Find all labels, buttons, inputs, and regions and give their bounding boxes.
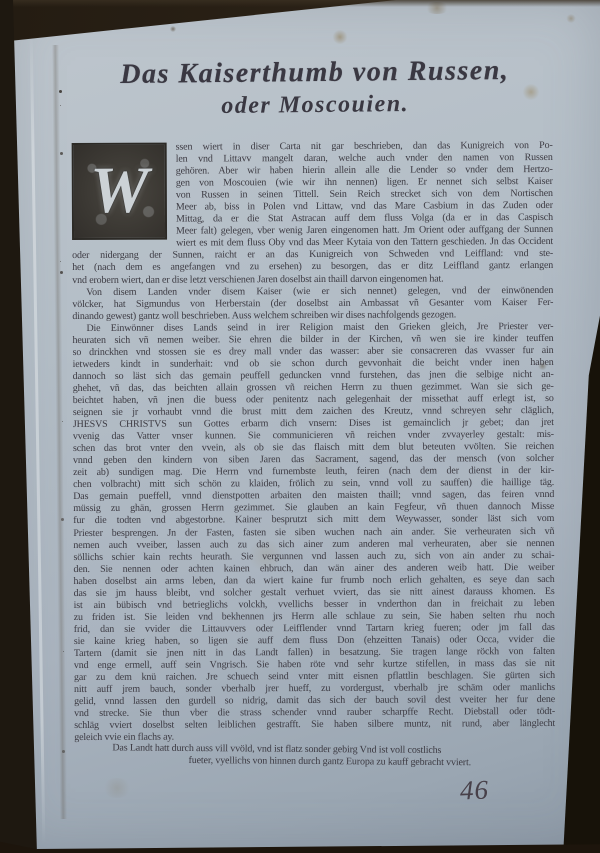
text-line: schläg vviert doselbst selten leiblichen…	[74, 718, 555, 732]
foxing-stain	[332, 30, 348, 44]
closing-paragraph: Das Landt hatt durch auss vill vvöld, vn…	[74, 742, 555, 770]
book-photo: Das Kaiserthumb von Russen, oder Moscoui…	[0, 0, 600, 853]
binding-gutter-shadow	[52, 45, 67, 819]
foxing-stain	[424, 2, 450, 14]
text-line: fueter, vyellichs von hinnen durch gantz…	[74, 754, 555, 770]
title-line-1: Das Kaiserthumb von Russen,	[80, 54, 550, 93]
ink-smudge	[588, 412, 600, 430]
text-line: völcker, hat Sigmundus von Herberstain (…	[72, 297, 553, 311]
binding-specks	[59, 90, 62, 93]
book-page: Das Kaiserthumb von Russen, oder Moscoui…	[10, 0, 600, 849]
handwritten-page-number: 46	[459, 775, 489, 807]
title-line-2: oder Moscouien.	[80, 88, 550, 123]
foxing-stain	[566, 14, 576, 23]
page-edge-highlight	[30, 30, 46, 845]
woodcut-initial-w: W	[72, 143, 167, 240]
foxing-stain	[102, 778, 132, 798]
page-title: Das Kaiserthumb von Russen, oder Moscoui…	[80, 54, 551, 123]
text-line: het (nach dem es angefangen vnd zu erseh…	[72, 260, 553, 274]
body-text: W ssen wiert in diser Carta nit gar besc…	[72, 140, 556, 770]
ink-speck	[170, 26, 176, 32]
